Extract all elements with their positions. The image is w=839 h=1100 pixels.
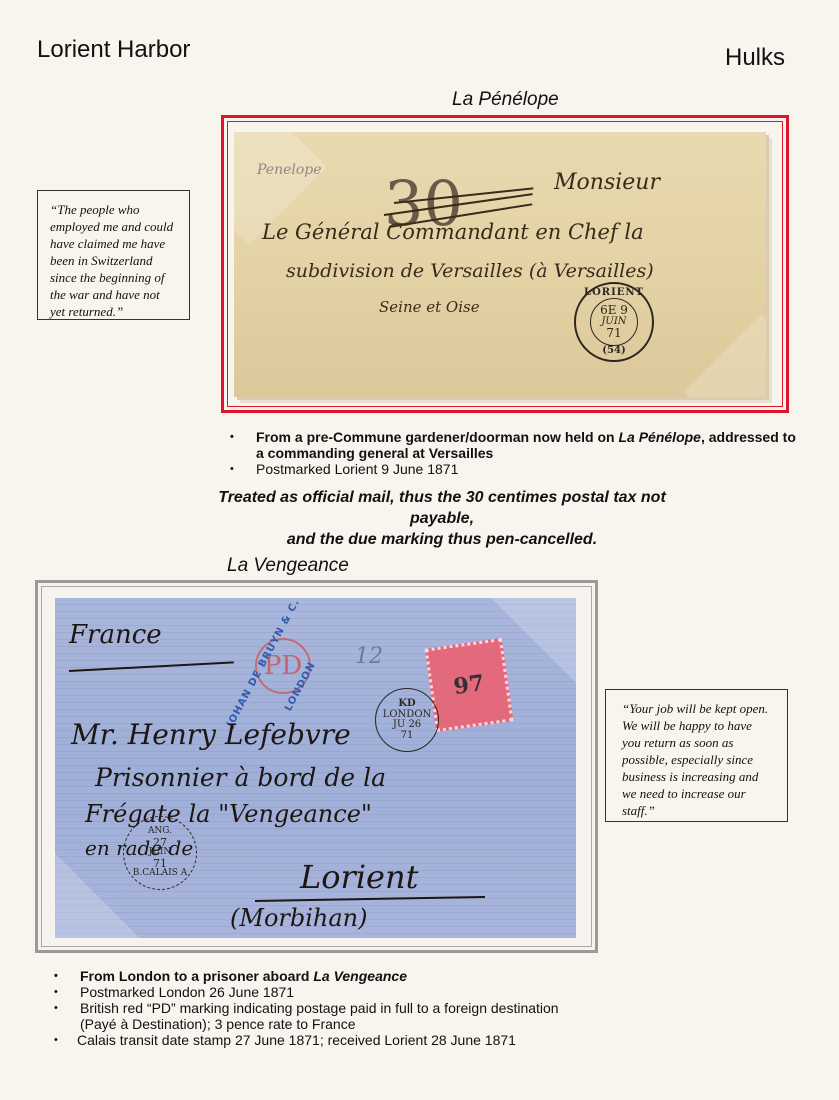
address-line: (Morbihan)	[230, 904, 367, 932]
address-line: Seine et Oise	[379, 298, 480, 316]
page-title-right: Hulks	[725, 44, 785, 72]
ship-name: La Pénélope	[618, 429, 700, 445]
bullet-item: Postmarked London 26 June 1871	[50, 984, 590, 1000]
postmark-year: 71	[401, 731, 414, 742]
stamp-cancel-number: 97	[452, 670, 486, 700]
bullet-item: From a pre-Commune gardener/doorman now …	[226, 429, 796, 461]
postmark-dept: (54)	[602, 346, 625, 357]
bullet-text: From a pre-Commune gardener/doorman now …	[256, 429, 618, 445]
cover-image-vengeance: France PD JOHAN DE BRUYN & C. LONDON 12 …	[55, 598, 576, 938]
cover-caption-penelope: La Pénélope	[452, 89, 559, 111]
cover-image-penelope: Penelope 30 Monsieur Le Général Commanda…	[234, 132, 766, 397]
bullet-list-vengeance: From London to a prisoner aboard La Veng…	[50, 968, 590, 1048]
quote-box-vengeance: “Your job will be kept open. We will be …	[605, 689, 788, 822]
lorient-postmark: LORIENT 6E 9 JUIN 71 (54)	[574, 282, 654, 362]
postmark-date: JU 26	[393, 720, 421, 731]
ship-name: La Vengeance	[313, 968, 407, 984]
address-line: Prisonnier à bord de la	[95, 763, 386, 792]
bullet-item: British red “PD” marking indicating post…	[50, 1000, 590, 1032]
cover-caption-vengeance: La Vengeance	[227, 555, 349, 577]
calais-postmark: ANG. 27 JUIN 71 B.CALAIS A	[123, 816, 197, 890]
postmark-bottom: B.CALAIS A	[133, 869, 187, 878]
address-line: Monsieur	[554, 170, 660, 195]
postmark-year: 71	[606, 327, 621, 340]
bullet-text: From London to a prisoner aboard	[80, 968, 313, 984]
destination-country: France	[69, 620, 162, 650]
address-line: subdivision de Versailles (à Versailles)	[286, 260, 654, 282]
note-official-mail: Treated as official mail, thus the 30 ce…	[212, 487, 672, 550]
pencil-note: Penelope	[257, 162, 322, 178]
corner-mount	[683, 314, 766, 397]
bullet-item: Postmarked Lorient 9 June 1871	[226, 461, 796, 477]
pencil-note: 12	[355, 644, 383, 669]
london-postmark: KD LONDON JU 26 71	[375, 688, 439, 752]
note-line: and the due marking thus pen-cancelled.	[212, 529, 672, 550]
note-line: Treated as official mail, thus the 30 ce…	[212, 487, 672, 529]
bullet-item: Calais transit date stamp 27 June 1871; …	[50, 1032, 590, 1048]
bullet-item: From London to a prisoner aboard La Veng…	[50, 968, 590, 984]
quote-box-penelope: “The people who employed me and could ha…	[37, 190, 190, 320]
postmark-date: 6E 9 JUIN 71	[590, 298, 638, 346]
postmark-town: LORIENT	[584, 288, 644, 299]
address-line: Frégate la "Vengeance"	[85, 800, 372, 828]
bullet-list-penelope: From a pre-Commune gardener/doorman now …	[226, 429, 796, 477]
address-line: Le Général Commandant en Chef la	[262, 220, 644, 244]
address-line: Lorient	[300, 858, 418, 896]
page-title-left: Lorient Harbor	[37, 36, 190, 64]
address-line: Mr. Henry Lefebvre	[71, 718, 351, 751]
postmark-code: KD	[398, 699, 415, 710]
